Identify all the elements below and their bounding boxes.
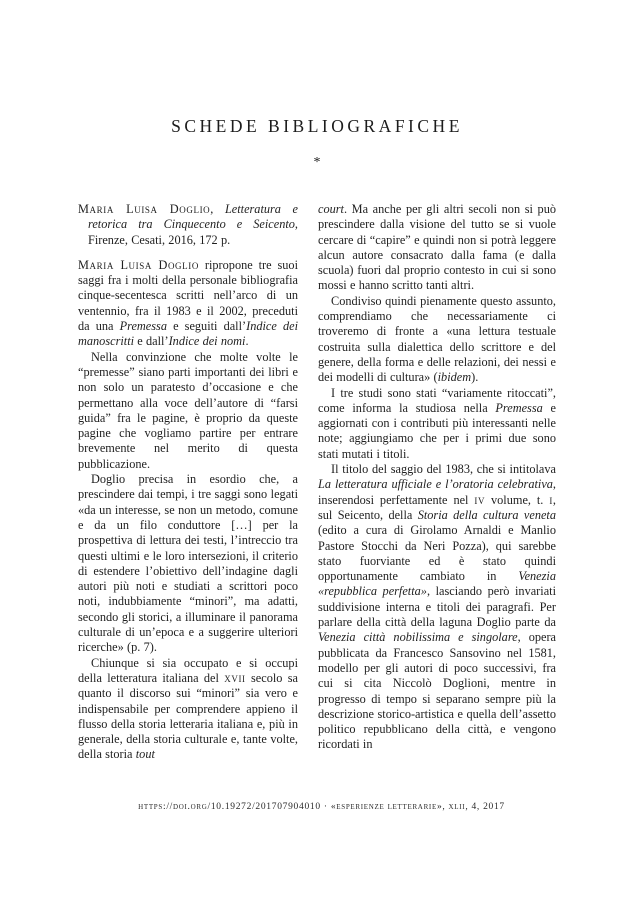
text-segment: . Ma anche per gli altri secoli non si p… (318, 202, 556, 292)
text-segment: ). (471, 370, 478, 384)
footer-doi-line: https://doi.org/10.19272/201707904010 · … (0, 802, 643, 812)
section-separator-star: * (78, 155, 556, 171)
text-segment: Venezia città nobilissima e singolare (318, 630, 518, 644)
text-segment: , (210, 202, 225, 216)
paragraph-indented: Doglio precisa in esordio che, a prescin… (78, 472, 298, 656)
text-segment: Indice dei nomi (169, 334, 246, 348)
page-title: SCHEDE BIBLIOGRAFICHE (78, 116, 556, 137)
text-segment: Nella convinzione che molte volte le “pr… (78, 350, 298, 471)
text-segment: Maria Luisa Doglio (78, 258, 199, 272)
text-segment: Premessa (495, 401, 542, 415)
paragraph-indented: Chiunque si sia occupato e si occupi del… (78, 656, 298, 763)
text-segment: Premessa (120, 319, 167, 333)
paragraph-new-entry: Maria Luisa Doglio ripropone tre suoi sa… (78, 258, 298, 350)
text-segment: ibidem (438, 370, 471, 384)
text-segment: . (245, 334, 248, 348)
paragraph-citation: Maria Luisa Doglio, Letteratura e retori… (78, 202, 298, 248)
column-right: court. Ma anche per gli altri secoli non… (318, 202, 556, 763)
text-segment: tout (136, 747, 155, 761)
paragraph-indented: Nella convinzione che molte volte le “pr… (78, 350, 298, 472)
text-segment: e dall’ (134, 334, 169, 348)
paragraph-indented: I tre studi sono stati “variamente ritoc… (318, 386, 556, 462)
text-segment: court (318, 202, 344, 216)
text-segment: La letteratura ufficiale e l’oratoria ce… (318, 477, 553, 491)
text-segment: Doglio precisa in esordio che, a prescin… (78, 472, 298, 654)
text-segment: volume, t. (485, 493, 549, 507)
text-segment: Maria Luisa Doglio (78, 202, 210, 216)
text-segment: , opera pubblicata da Francesco Sansovin… (318, 630, 556, 751)
text-segment: iv (474, 493, 485, 507)
text-columns: Maria Luisa Doglio, Letteratura e retori… (78, 202, 556, 763)
paragraph-continuation: court. Ma anche per gli altri secoli non… (318, 202, 556, 294)
text-segment: xvii (224, 671, 245, 685)
text-segment: Il titolo del saggio del 1983, che si in… (331, 462, 556, 476)
paragraph-indented: Il titolo del saggio del 1983, che si in… (318, 462, 556, 753)
column-left: Maria Luisa Doglio, Letteratura e retori… (78, 202, 298, 763)
text-segment: Storia della cultura veneta (418, 508, 556, 522)
paragraph-indented: Condiviso quindi pienamente questo assun… (318, 294, 556, 386)
text-segment: e seguiti dall’ (167, 319, 246, 333)
journal-page: SCHEDE BIBLIOGRAFICHE * Maria Luisa Dogl… (0, 0, 643, 907)
